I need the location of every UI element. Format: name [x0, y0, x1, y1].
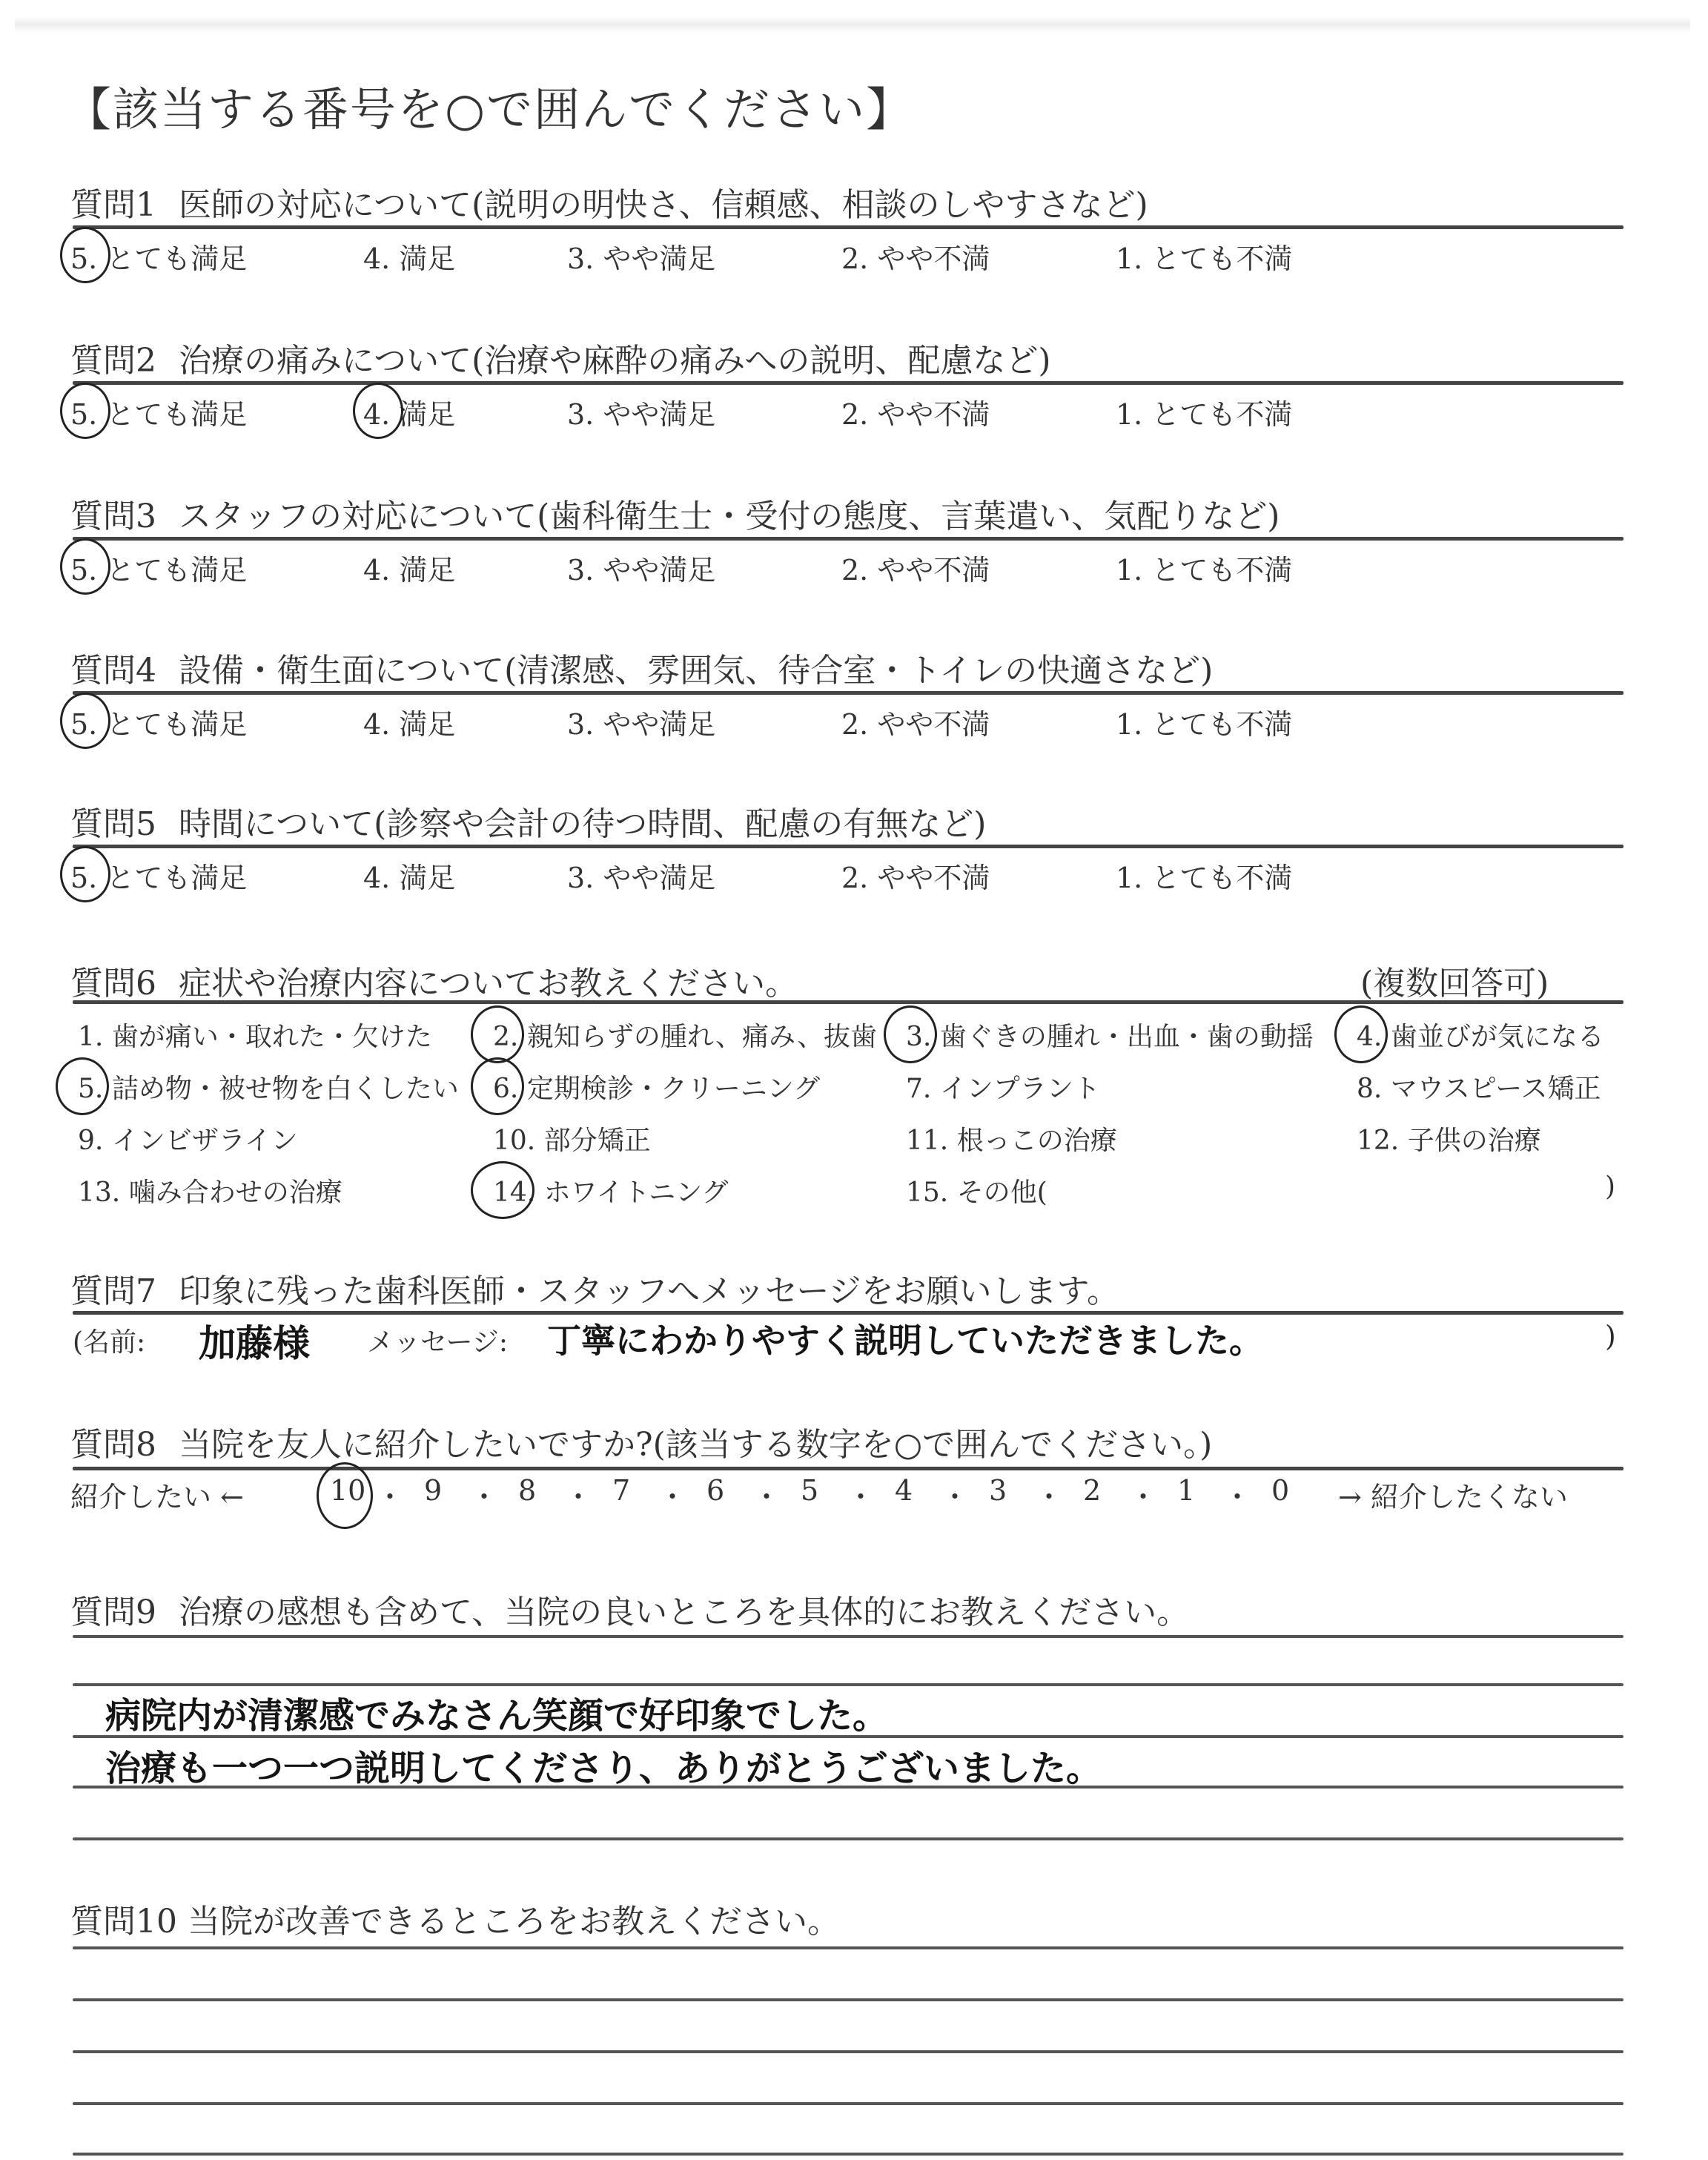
q2-option-3[interactable]: 3. やや満足 — [567, 392, 715, 432]
q8-separator: ・ — [1223, 1474, 1251, 1515]
selection-circle — [1334, 1005, 1388, 1063]
q5-text: 時間について(診察や会計の待つ時間、配慮の有無など) — [179, 805, 986, 843]
q8-scale-7[interactable]: 7 — [612, 1474, 630, 1507]
option-label: やや満足 — [603, 398, 715, 431]
option-label: 親知らずの腫れ、痛み、抜歯 — [527, 1022, 877, 1052]
option-label: 満足 — [399, 554, 455, 587]
q6-multiple-note: (複数回答可) — [1360, 957, 1549, 1004]
q6-option-3[interactable]: 3. 歯ぐきの腫れ・出血・歯の動揺 — [906, 1016, 1314, 1054]
option-label: とても満足 — [106, 398, 247, 431]
option-number: 2. — [841, 398, 868, 431]
q6-rule — [73, 1000, 1623, 1004]
option-label: とても不満 — [1151, 862, 1292, 894]
q4-heading: 質問4設備・衛生面について(清潔感、雰囲気、待合室・トイレの快適さなど) — [70, 644, 1213, 691]
q7-name-value[interactable]: 加藤様 — [199, 1314, 310, 1367]
q7-message-label: メッセージ: — [367, 1321, 508, 1359]
option-number: 8. — [1357, 1074, 1382, 1104]
q1-option-4[interactable]: 4. 満足 — [363, 236, 455, 277]
option-label: ホワイトニング — [544, 1178, 729, 1208]
q8-scale-2[interactable]: 2 — [1083, 1474, 1101, 1507]
option-label: その他( — [957, 1178, 1047, 1208]
option-number: 12. — [1357, 1126, 1399, 1156]
option-label: やや不満 — [877, 708, 990, 741]
selection-circle — [471, 1161, 534, 1219]
q6-text: 症状や治療内容についてお教えください。 — [179, 965, 798, 1003]
q7-close: ) — [1605, 1320, 1616, 1353]
option-number: 3. — [567, 862, 594, 894]
q9-answer-line-1[interactable]: 病院内が清潔感でみなさん笑顔で好印象でした。 — [105, 1687, 888, 1738]
q8-left-label: 紹介したい ← — [70, 1474, 244, 1515]
q6-option-7[interactable]: 7. インプラント — [906, 1068, 1100, 1106]
option-label: 満足 — [399, 398, 455, 431]
scan-top-edge — [15, 16, 1690, 33]
option-label: 詰め物・被せ物を白くしたい — [112, 1074, 459, 1104]
q10-line-1[interactable] — [73, 1946, 1623, 1949]
q1-option-3[interactable]: 3. やや満足 — [567, 236, 715, 277]
q6-option-5[interactable]: 5. 詰め物・被せ物を白くしたい — [78, 1068, 459, 1106]
q8-text: 当院を友人に紹介したいですか?(該当する数字を○で囲んでください。) — [179, 1426, 1212, 1464]
q4-rule — [73, 691, 1623, 695]
selection-circle — [353, 383, 403, 439]
option-label: やや満足 — [603, 242, 715, 275]
q4-number: 質問4 — [70, 652, 156, 690]
q6-other-close: ) — [1605, 1172, 1615, 1202]
q6-option-13[interactable]: 13. 噛み合わせの治療 — [78, 1172, 342, 1209]
q3-option-3[interactable]: 3. やや満足 — [567, 547, 715, 588]
option-label: とても不満 — [1151, 398, 1292, 431]
selection-circle — [60, 383, 110, 439]
q2-option-1[interactable]: 1. とても不満 — [1116, 392, 1292, 432]
option-label: やや満足 — [603, 708, 715, 741]
q7-name-label: (名前: — [73, 1321, 145, 1359]
option-number: 3. — [567, 398, 594, 431]
option-number: 2. — [841, 708, 868, 741]
option-label: 根っこの治療 — [957, 1126, 1117, 1156]
q9-line-4 — [73, 1786, 1623, 1789]
q10-heading: 質問10当院が改善できるところをお教えください。 — [70, 1895, 840, 1942]
option-label: 満足 — [399, 862, 455, 894]
selection-circle — [60, 538, 110, 595]
q1-rule — [73, 225, 1623, 229]
selection-circle — [317, 1462, 373, 1529]
q1-option-1[interactable]: 1. とても不満 — [1116, 236, 1292, 277]
q7-number: 質問7 — [70, 1272, 156, 1310]
option-number: 7. — [906, 1074, 931, 1104]
q4-option-1[interactable]: 1. とても不満 — [1116, 701, 1292, 742]
q8-separator: ・ — [376, 1474, 404, 1515]
q8-scale-6[interactable]: 6 — [706, 1474, 724, 1507]
q8-heading: 質問8当院を友人に紹介したいですか?(該当する数字を○で囲んでください。) — [70, 1418, 1212, 1465]
q10-number: 質問10 — [70, 1903, 177, 1941]
q10-line-2[interactable] — [73, 1998, 1623, 2001]
q6-option-8[interactable]: 8. マウスピース矯正 — [1357, 1068, 1601, 1106]
option-number: 1. — [1116, 242, 1142, 275]
option-label: とても満足 — [106, 708, 247, 741]
option-number: 2. — [841, 554, 868, 587]
option-label: やや不満 — [877, 242, 990, 275]
option-number: 1. — [78, 1022, 103, 1052]
option-label: 噛み合わせの治療 — [129, 1178, 342, 1208]
q9-text: 治療の感想も含めて、当院の良いところを具体的にお教えください。 — [179, 1593, 1189, 1631]
selection-circle — [471, 1005, 524, 1063]
q6-option-15[interactable]: 15. その他( — [906, 1172, 1047, 1209]
option-label: 満足 — [399, 242, 455, 275]
q6-option-6[interactable]: 6. 定期検診・クリーニング — [493, 1068, 820, 1106]
q5-option-1[interactable]: 1. とても不満 — [1116, 855, 1292, 896]
option-label: とても満足 — [106, 554, 247, 587]
selection-circle — [60, 227, 110, 283]
option-label: インビザライン — [112, 1126, 298, 1156]
q5-rule — [73, 845, 1623, 848]
q3-rule — [73, 537, 1623, 541]
q8-scale-1[interactable]: 1 — [1177, 1474, 1195, 1507]
q8-scale-4[interactable]: 4 — [895, 1474, 913, 1507]
option-label: 歯ぐきの腫れ・出血・歯の動揺 — [940, 1022, 1314, 1052]
q5-option-2[interactable]: 2. やや不満 — [841, 855, 990, 896]
option-label: やや不満 — [877, 554, 990, 587]
q2-number: 質問2 — [70, 342, 156, 380]
q8-scale-8[interactable]: 8 — [518, 1474, 536, 1507]
q9-line-5 — [73, 1837, 1623, 1840]
q8-scale-3[interactable]: 3 — [989, 1474, 1007, 1507]
q6-option-11[interactable]: 11. 根っこの治療 — [906, 1120, 1117, 1157]
option-label: 子供の治療 — [1408, 1126, 1541, 1156]
q1-option-2[interactable]: 2. やや不満 — [841, 236, 990, 277]
option-number: 10. — [493, 1126, 535, 1156]
q1-text: 医師の対応について(説明の明快さ、信頼感、相談のしやすさなど) — [179, 186, 1148, 224]
option-number: 2. — [841, 862, 868, 894]
q6-option-9[interactable]: 9. インビザライン — [78, 1120, 298, 1157]
q3-number: 質問3 — [70, 498, 156, 535]
q6-heading: 質問6症状や治療内容についてお教えください。 — [70, 957, 798, 1004]
option-label: 満足 — [399, 708, 455, 741]
option-number: 1. — [1116, 862, 1142, 894]
q5-option-4[interactable]: 4. 満足 — [363, 855, 455, 896]
q4-option-3[interactable]: 3. やや満足 — [567, 701, 715, 742]
q8-separator: ・ — [564, 1474, 592, 1515]
option-number: 15. — [906, 1178, 948, 1208]
q9-heading: 質問9治療の感想も含めて、当院の良いところを具体的にお教えください。 — [70, 1585, 1189, 1633]
q8-separator: ・ — [1129, 1474, 1157, 1515]
q3-heading: 質問3スタッフの対応について(歯科衛生士・受付の態度、言葉遣い、気配りなど) — [70, 489, 1280, 537]
option-number: 1. — [1116, 554, 1142, 587]
q4-option-4[interactable]: 4. 満足 — [363, 701, 455, 742]
q8-separator: ・ — [847, 1474, 875, 1515]
option-number: 3. — [567, 708, 594, 741]
option-label: とても満足 — [106, 242, 247, 275]
option-label: 歯が痛い・取れた・欠けた — [112, 1022, 432, 1052]
q3-option-2[interactable]: 2. やや不満 — [841, 547, 990, 588]
q6-option-1[interactable]: 1. 歯が痛い・取れた・欠けた — [78, 1016, 432, 1054]
q6-option-2[interactable]: 2. 親知らずの腫れ、痛み、抜歯 — [493, 1016, 877, 1054]
q8-number: 質問8 — [70, 1426, 156, 1464]
q6-option-12[interactable]: 12. 子供の治療 — [1357, 1120, 1541, 1157]
q5-option-3[interactable]: 3. やや満足 — [567, 855, 715, 896]
option-label: やや不満 — [877, 398, 990, 431]
option-label: やや不満 — [877, 862, 990, 894]
q7-heading: 質問7印象に残った歯科医師・スタッフへメッセージをお願いします。 — [70, 1264, 1119, 1312]
option-number: 1. — [1116, 398, 1142, 431]
q1-heading: 質問1医師の対応について(説明の明快さ、信頼感、相談のしやすさなど) — [70, 178, 1148, 225]
q2-text: 治療の痛みについて(治療や麻酔の痛みへの説明、配慮など) — [179, 342, 1051, 380]
option-label: 歯並びが気になる — [1391, 1022, 1604, 1052]
q10-line-4[interactable] — [73, 2102, 1623, 2105]
q8-separator: ・ — [470, 1474, 498, 1515]
q6-option-4[interactable]: 4. 歯並びが気になる — [1357, 1016, 1604, 1054]
q8-scale-5[interactable]: 5 — [801, 1474, 818, 1507]
option-label: とても不満 — [1151, 554, 1292, 587]
q8-separator: ・ — [752, 1474, 781, 1515]
option-label: やや満足 — [603, 554, 715, 587]
q2-option-2[interactable]: 2. やや不満 — [841, 392, 990, 432]
q3-option-4[interactable]: 4. 満足 — [363, 547, 455, 588]
q10-line-5[interactable] — [73, 2153, 1623, 2156]
option-number: 11. — [906, 1126, 948, 1156]
q8-separator: ・ — [941, 1474, 969, 1515]
q10-line-3[interactable] — [73, 2050, 1623, 2053]
q8-separator: ・ — [1035, 1474, 1063, 1515]
option-number: 4. — [363, 708, 390, 741]
option-label: 定期検診・クリーニング — [527, 1074, 820, 1104]
selection-circle — [471, 1057, 524, 1115]
q2-heading: 質問2治療の痛みについて(治療や麻酔の痛みへの説明、配慮など) — [70, 334, 1051, 381]
option-label: やや満足 — [603, 862, 715, 894]
q5-heading: 質問5時間について(診察や会計の待つ時間、配慮の有無など) — [70, 797, 986, 845]
q8-scale-9[interactable]: 9 — [424, 1474, 442, 1507]
q4-text: 設備・衛生面について(清潔感、雰囲気、待合室・トイレの快適さなど) — [179, 652, 1213, 690]
option-label: とても不満 — [1151, 242, 1292, 275]
option-number: 4. — [363, 242, 390, 275]
option-number: 2. — [841, 242, 868, 275]
option-label: インプラント — [940, 1074, 1100, 1104]
q8-rule — [73, 1467, 1623, 1470]
q9-line-1 — [73, 1635, 1623, 1638]
q6-number: 質問6 — [70, 965, 156, 1003]
option-number: 3. — [567, 242, 594, 275]
option-number: 3. — [567, 554, 594, 587]
q6-option-10[interactable]: 10. 部分矯正 — [493, 1120, 651, 1157]
q1-number: 質問1 — [70, 186, 156, 224]
option-label: 部分矯正 — [544, 1126, 651, 1156]
option-number: 4. — [363, 862, 390, 894]
option-number: 4. — [363, 554, 390, 587]
q7-text: 印象に残った歯科医師・スタッフへメッセージをお願いします。 — [179, 1272, 1119, 1310]
selection-circle — [56, 1057, 109, 1115]
selection-circle — [60, 846, 110, 902]
option-number: 1. — [1116, 708, 1142, 741]
selection-circle — [60, 693, 110, 749]
selection-circle — [884, 1005, 937, 1063]
q8-separator: ・ — [658, 1474, 686, 1515]
q9-line-2 — [73, 1683, 1623, 1686]
q9-answer-line-2[interactable]: 治療も一つ一つ説明してくださり、ありがとうございました。 — [105, 1740, 1102, 1791]
option-label: とても不満 — [1151, 708, 1292, 741]
q9-line-3 — [73, 1735, 1623, 1738]
q10-text: 当院が改善できるところをお教えください。 — [188, 1903, 840, 1941]
q7-message-value[interactable]: 丁寧にわかりやすく説明していただきました。 — [547, 1314, 1263, 1363]
q4-option-2[interactable]: 2. やや不満 — [841, 701, 990, 742]
q5-number: 質問5 — [70, 805, 156, 843]
q9-number: 質問9 — [70, 1593, 156, 1631]
form-title: 【該当する番号を○で囲んでください】 — [65, 73, 913, 139]
option-number: 9. — [78, 1126, 103, 1156]
option-label: マウスピース矯正 — [1391, 1074, 1601, 1104]
option-label: とても満足 — [106, 862, 247, 894]
q2-rule — [73, 381, 1623, 385]
option-number: 13. — [78, 1178, 120, 1208]
q8-scale-0[interactable]: 0 — [1271, 1474, 1289, 1507]
q8-right-label: → 紹介したくない — [1338, 1474, 1568, 1515]
q3-text: スタッフの対応について(歯科衛生士・受付の態度、言葉遣い、気配りなど) — [179, 498, 1280, 535]
q3-option-1[interactable]: 1. とても不満 — [1116, 547, 1292, 588]
